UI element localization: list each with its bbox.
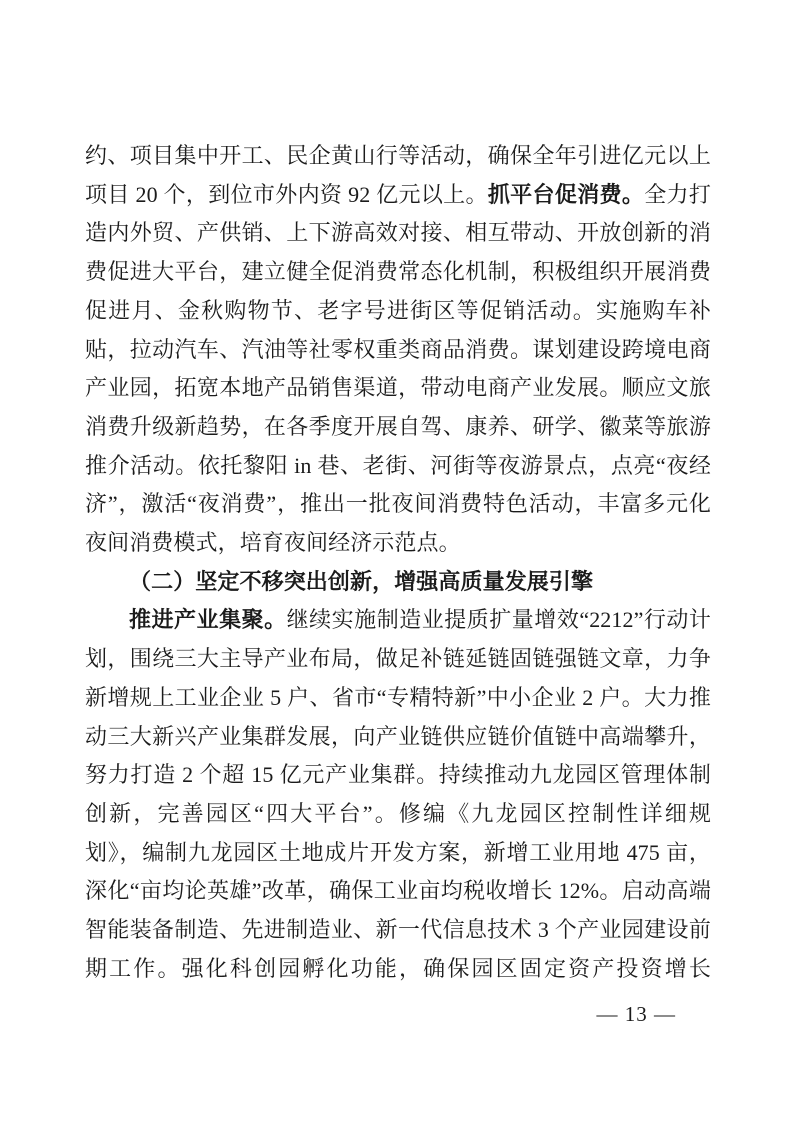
page-number: — 13 —: [597, 998, 677, 1030]
bold-run-industry-cluster: 推进产业集聚。: [129, 607, 287, 632]
bold-run-platform-consumption: 抓平台促消费。: [488, 182, 644, 207]
heading-text: （二）坚定不移突出创新，增强高质量发展引擎: [129, 569, 593, 594]
document-page: 约、项目集中开工、民企黄山行等活动，确保全年引进亿元以上项目 20 个，到位市外…: [0, 0, 793, 1122]
paragraph-industry-cluster: 推进产业集聚。继续实施制造业提质扩量增效“2212”行动计划，围绕三大主导产业布…: [85, 601, 711, 988]
text-run-industry-detail: 继续实施制造业提质扩量增效“2212”行动计划，围绕三大主导产业布局，做足补链延…: [85, 607, 711, 980]
section-heading-innovation: （二）坚定不移突出创新，增强高质量发展引擎: [85, 563, 711, 602]
document-body: 约、项目集中开工、民企黄山行等活动，确保全年引进亿元以上项目 20 个，到位市外…: [85, 137, 711, 988]
text-run-consumption-detail: 全力打造内外贸、产供销、上下游高效对接、相互带动、开放创新的消费促进大平台，建立…: [85, 182, 711, 555]
paragraph-investment-and-consumption: 约、项目集中开工、民企黄山行等活动，确保全年引进亿元以上项目 20 个，到位市外…: [85, 137, 711, 563]
